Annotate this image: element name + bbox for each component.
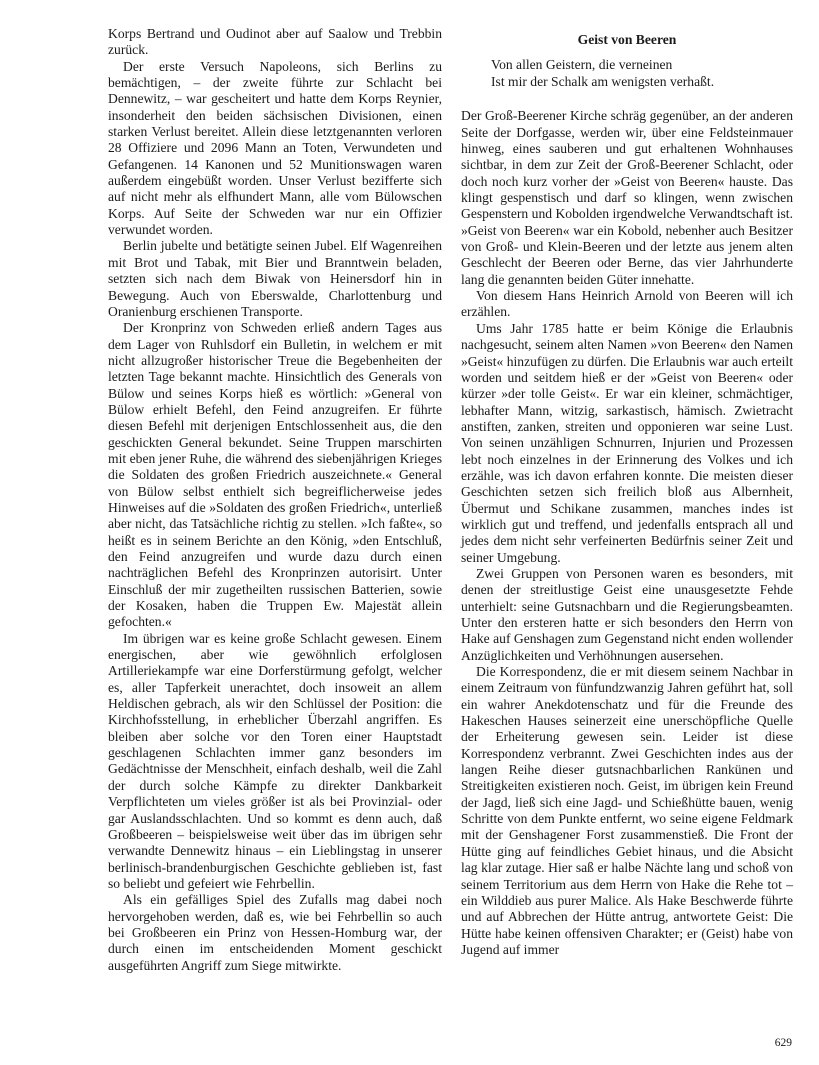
epigraph-line: Ist mir der Schalk am wenigsten verhaßt. — [491, 74, 793, 91]
paragraph: Der Kronprinz von Schweden erließ andern… — [108, 320, 442, 631]
paragraph: Zwei Gruppen von Personen waren es beson… — [461, 566, 793, 664]
paragraph: Von diesem Hans Heinrich Arnold von Beer… — [461, 288, 793, 321]
left-column: Korps Bertrand und Oudinot aber auf Saal… — [108, 26, 442, 974]
paragraph: Berlin jubelte und betätigte seinen Jube… — [108, 238, 442, 320]
page-number: 629 — [760, 1037, 792, 1049]
chapter-heading: Geist von Beeren — [461, 32, 793, 48]
epigraph: Von allen Geistern, die verneinen Ist mi… — [491, 57, 793, 90]
epigraph-line: Von allen Geistern, die verneinen — [491, 57, 793, 74]
paragraph: Ums Jahr 1785 hatte er beim Könige die E… — [461, 321, 793, 566]
paragraph: Die Korrespondenz, die er mit diesem sei… — [461, 664, 793, 958]
right-column: Geist von Beeren Von allen Geistern, die… — [461, 26, 793, 958]
paragraph: Der erste Versuch Napoleons, sich Berlin… — [108, 59, 442, 239]
paragraph: Korps Bertrand und Oudinot aber auf Saal… — [108, 26, 442, 59]
paragraph: Der Groß-Beerener Kirche schräg gegenübe… — [461, 108, 793, 288]
paragraph: Im übrigen war es keine große Schlacht g… — [108, 631, 442, 893]
paragraph: Als ein gefälliges Spiel des Zufalls mag… — [108, 892, 442, 974]
